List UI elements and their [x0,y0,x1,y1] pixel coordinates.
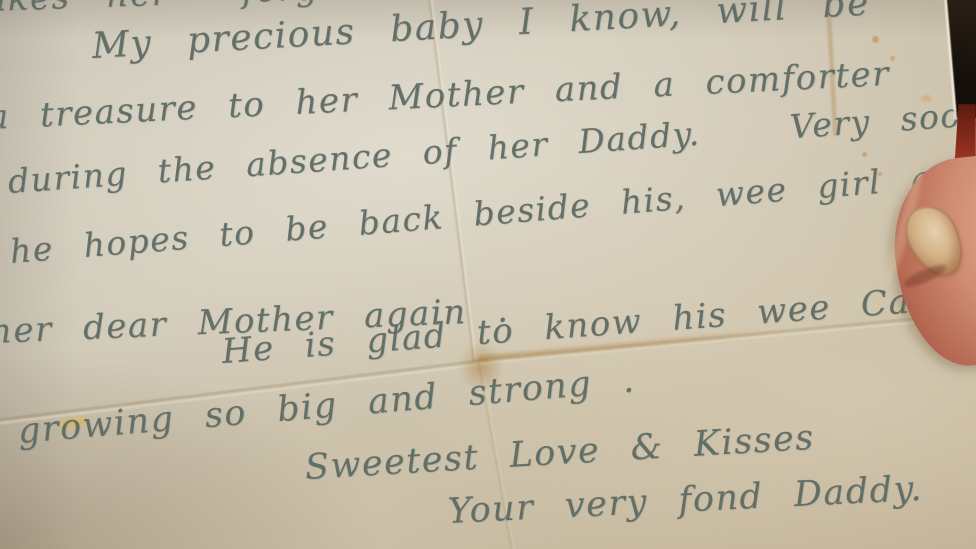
letter-photo: akes her forget all no My precious baby … [0,0,976,549]
thumb [896,158,976,366]
